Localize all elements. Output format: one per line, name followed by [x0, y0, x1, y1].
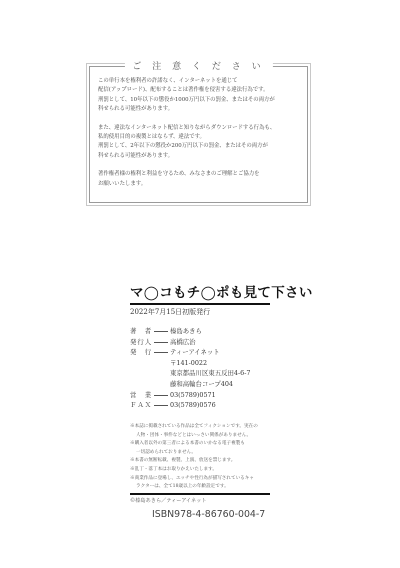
- credit-label: 著 者: [130, 326, 154, 337]
- notice-paragraph-1: この単行本を権利者の許諾なく、インターネットを通じて 配信(アップロード)、配布…: [98, 77, 301, 115]
- notice-paragraph-3: 著作権者様の権利と利益を守るため、みなさまのご理解とご協力を お願いいたします。: [98, 170, 301, 189]
- notice-body: この単行本を権利者の許諾なく、インターネットを通じて 配信(アップロード)、配布…: [98, 77, 301, 189]
- contact-fax: ＦＡＸ03(5789)0576: [130, 400, 250, 411]
- contact-label: 営 業: [130, 390, 154, 401]
- dash-leader: [154, 326, 168, 332]
- credit-value: ティーアイネット: [170, 347, 220, 358]
- fine-line: ※商業作品に登場し、エッチや性行為が描写されているキャ: [130, 475, 270, 484]
- credit-publisher: 発 行ティーアイネット: [130, 347, 250, 358]
- notice-line: 私的使用目的の複製とはならず、違法です。: [98, 134, 205, 140]
- dash-leader: [154, 400, 168, 406]
- dash-leader: [154, 390, 168, 396]
- fine-line: ※乱丁・落丁本はお取りかえいたします。: [130, 466, 270, 475]
- fine-line: ラクターは、全て18歳以上の年齢設定です。: [130, 483, 270, 492]
- notice-line: また、違法なインターネット配信と知りながらダウンロードする行為も、: [98, 125, 275, 131]
- notice-line: 科せられる可能性があります。: [98, 106, 173, 112]
- isbn: ISBN978-4-86760-004-7: [152, 509, 265, 520]
- credit-publisher-person: 発行人高橋広治: [130, 337, 250, 348]
- bottom-divider: [130, 493, 270, 495]
- contact-sales: 営 業03(5789)0571: [130, 390, 250, 401]
- credit-author: 著 者榛島あきら: [130, 326, 250, 337]
- credit-label: 発 行: [130, 347, 154, 358]
- edition-date: 2022年7月15日初版発行: [130, 307, 210, 317]
- credit-label: 発行人: [130, 337, 154, 348]
- title-divider: [130, 303, 270, 305]
- dash-leader: [154, 347, 168, 353]
- fine-line: 一切認められておりません。: [130, 449, 270, 458]
- dash-leader: [154, 337, 168, 343]
- fine-line: 人物・団体・事件などとはいっさい関係がありません。: [130, 432, 270, 441]
- fine-line: ※本誌に掲載されている作品は全てフィクションです。実在の: [130, 423, 270, 432]
- copyright-line: ©榛島あきら／ティーアイネット: [130, 497, 207, 504]
- notice-line: 科せられる可能性があります。: [98, 153, 173, 159]
- contact-label: ＦＡＸ: [130, 400, 154, 411]
- colophon-credits: 著 者榛島あきら 発行人高橋広治 発 行ティーアイネット 〒141-0022 東…: [130, 326, 250, 411]
- notice-paragraph-2: また、違法なインターネット配信と知りながらダウンロードする行為も、 私的使用目的…: [98, 124, 301, 162]
- notice-title: ご 注 意 く だ さ い: [124, 59, 272, 72]
- notice-line: 刑罰として、10年以下の懲役か1000万円以下の罰金、またはその両方が: [98, 97, 275, 103]
- notice-line: 著作権者様の権利と利益を守るため、みなさまのご理解とご協力を: [98, 171, 260, 177]
- contact-value: 03(5789)0576: [170, 400, 216, 411]
- address-postal: 〒141-0022: [130, 358, 250, 369]
- copyright-notice-box: ご 注 意 く だ さ い この単行本を権利者の許諾なく、インターネットを通じて…: [89, 66, 308, 203]
- credit-value: 榛島あきら: [170, 326, 202, 337]
- notice-line: 配信(アップロード)、配布することは著作権を侵害する違法行為です。: [98, 87, 269, 93]
- address-building: 藤和高輪台コープ404: [130, 379, 250, 390]
- fine-line: ※購入者以外の第三者による本書のいかなる電子複製も: [130, 440, 270, 449]
- notice-line: この単行本を権利者の許諾なく、インターネットを通じて: [98, 78, 238, 84]
- notice-line: お願いいたします。: [98, 181, 146, 187]
- book-title: マ◯コもチ◯ポも見て下さい: [130, 281, 313, 301]
- address-street: 東京都品川区東五反田4-6-7: [130, 368, 250, 379]
- credit-value: 高橋広治: [170, 337, 196, 348]
- contact-value: 03(5789)0571: [170, 390, 216, 401]
- fine-line: ※本書の無断転載、複製、上演、放送を禁じます。: [130, 457, 270, 466]
- notice-line: 刑罰として、2年以下の懲役か200万円以下の罰金、またはその両方が: [98, 143, 268, 149]
- fine-print: ※本誌に掲載されている作品は全てフィクションです。実在の 人物・団体・事件などと…: [130, 423, 270, 492]
